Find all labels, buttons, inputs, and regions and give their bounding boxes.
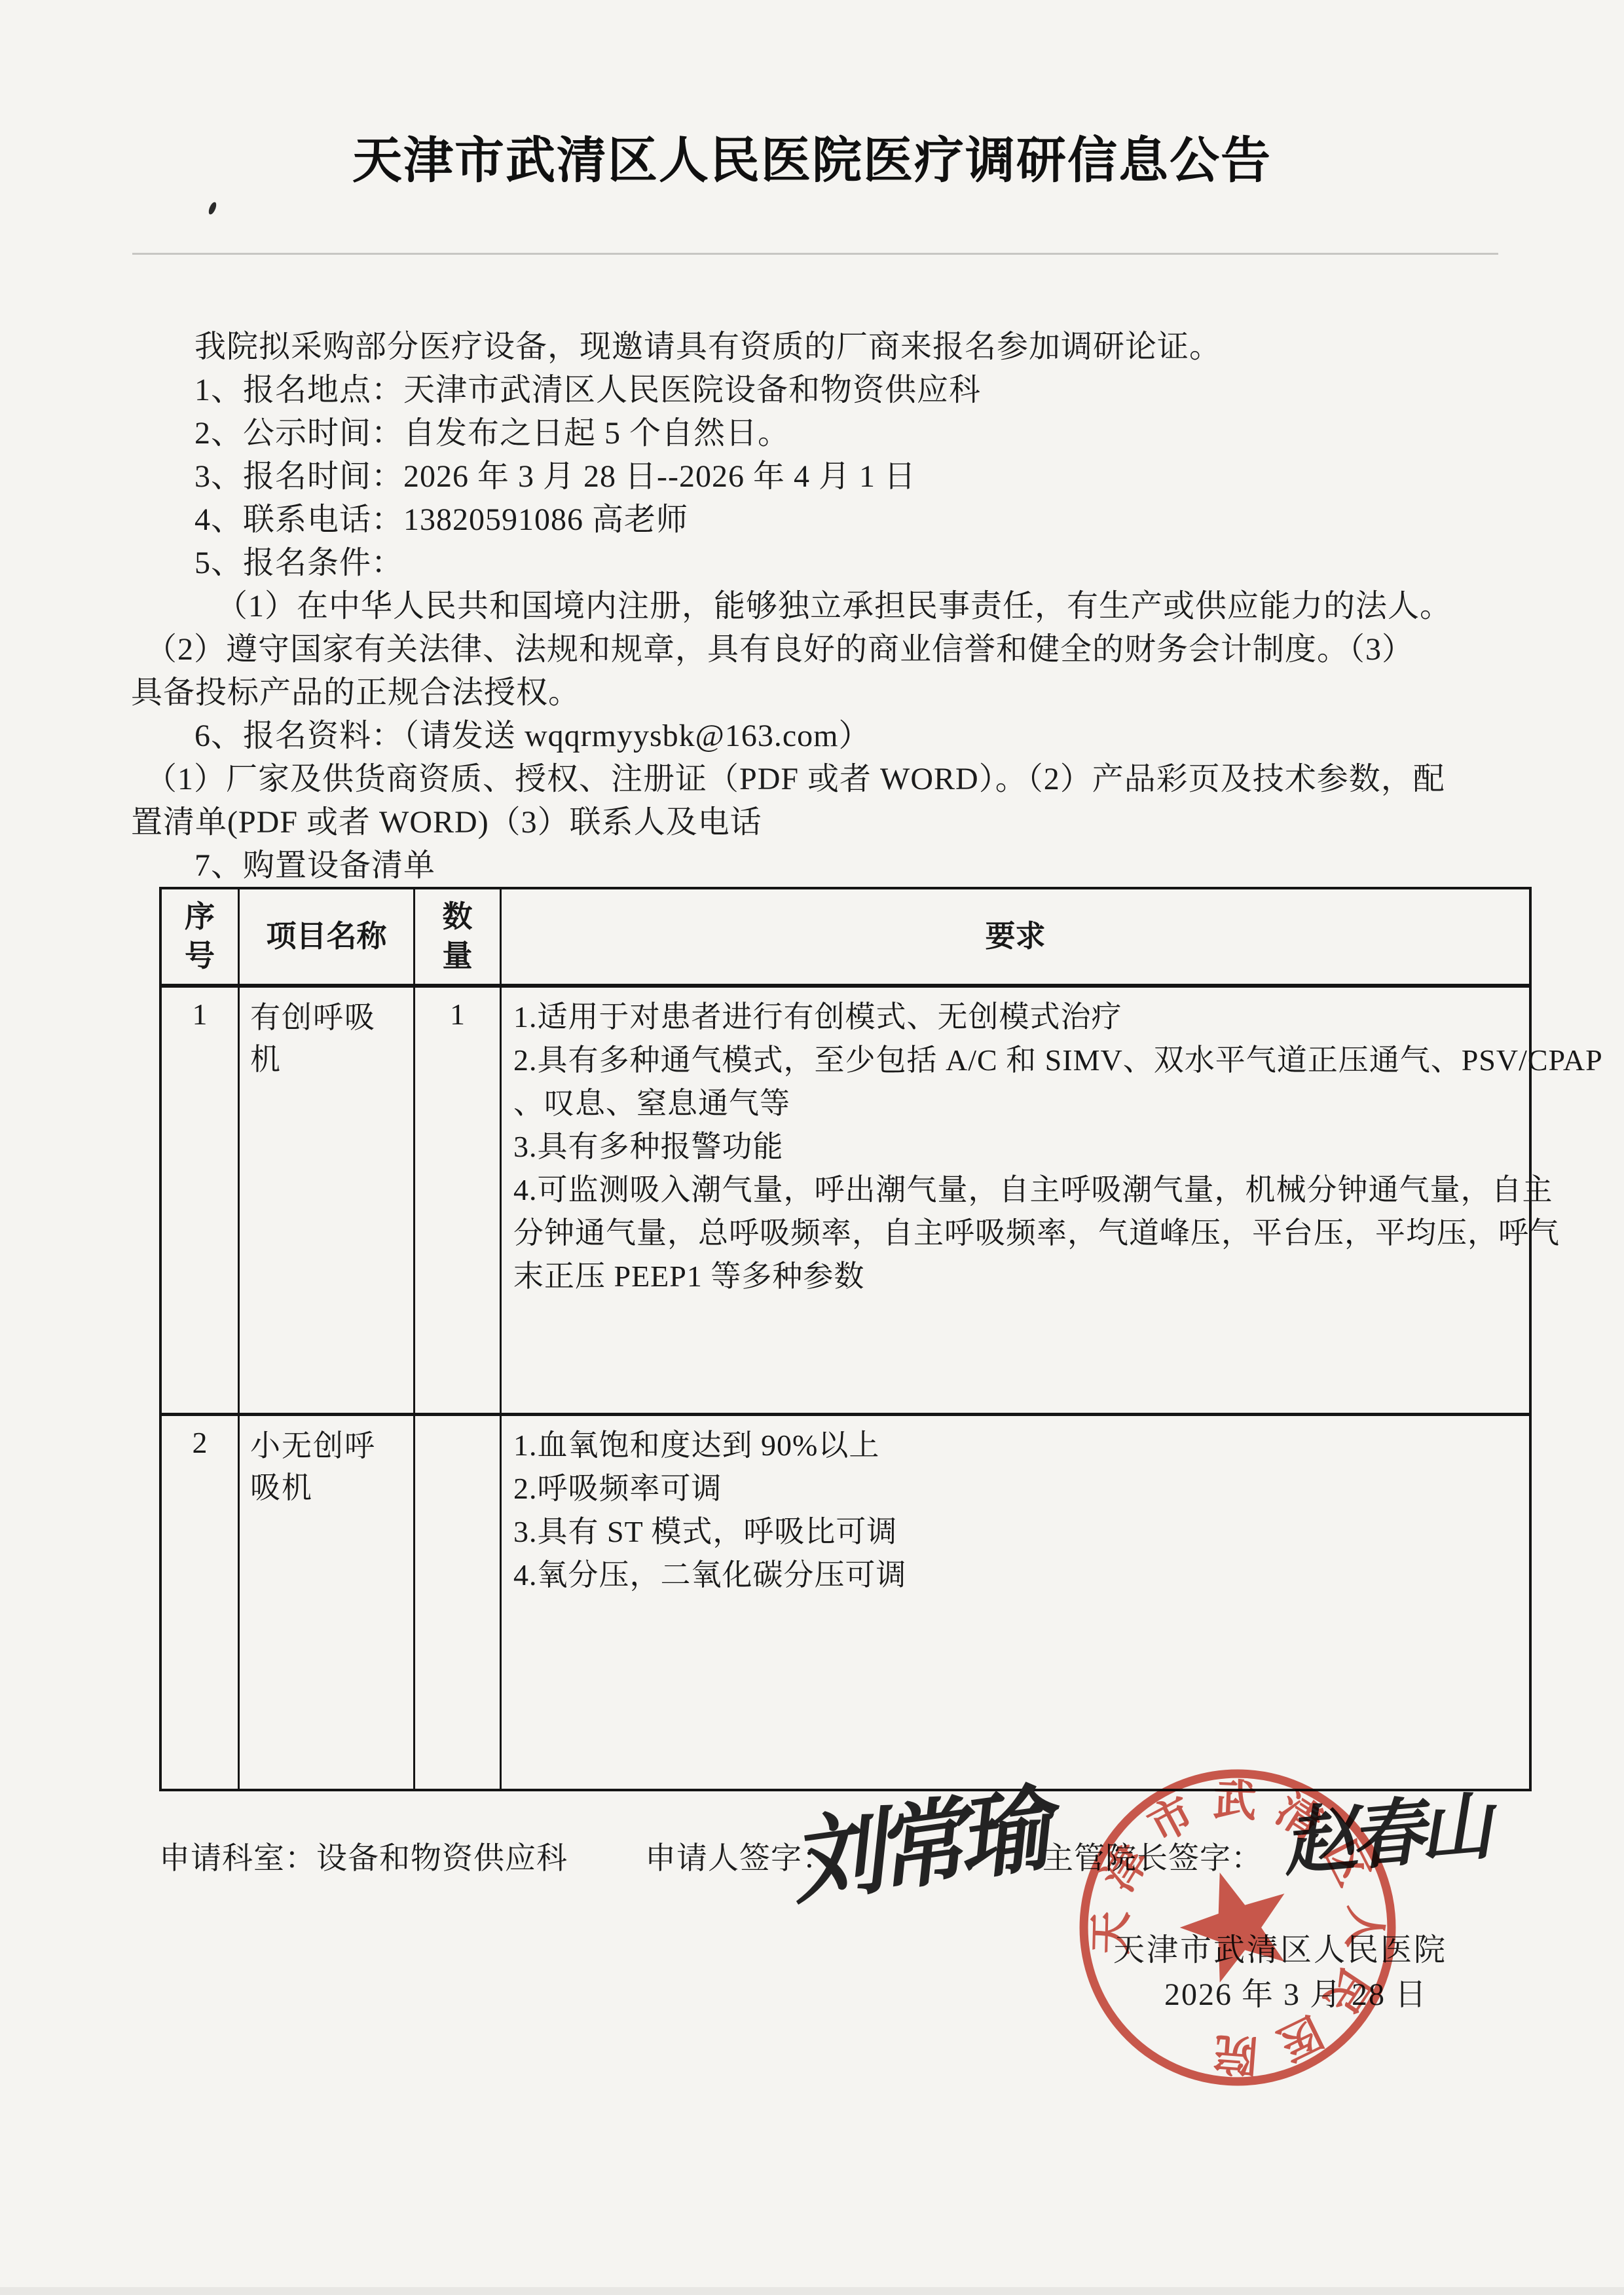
column-header: 要求 xyxy=(501,888,1531,986)
star-icon xyxy=(1168,1856,1304,1989)
body-line: 7、购置设备清单 xyxy=(194,848,435,884)
official-red-stamp: 天津市武清区人民医院 xyxy=(1069,1759,1406,2096)
column-header: 项目名称 xyxy=(239,888,415,986)
cell-quantity xyxy=(415,1414,501,1790)
requirement-line: 分钟通气量，总呼吸频率，自主呼吸频率，气道峰压，平台压，平均压，呼气 xyxy=(513,1212,1516,1255)
scanned-announcement-page: 天津市武清区人民医院医疗调研信息公告 我院拟采购部分医疗设备，现邀请具有资质的厂… xyxy=(0,0,1624,2295)
body-line: 3、报名时间：2026 年 3 月 28 日--2026 年 4 月 1 日 xyxy=(194,459,916,494)
table-row: 2小无创呼吸机1.血氧饱和度达到 90%以上2.呼吸频率可调3.具有 ST 模式… xyxy=(160,1414,1530,1790)
body-line: 4、联系电话：13820591086 高老师 xyxy=(194,502,688,538)
scan-edge-shadow xyxy=(0,2287,1624,2295)
table-row: 1有创呼吸机11.适用于对患者进行有创模式、无创模式治疗2.具有多种通气模式，至… xyxy=(160,986,1530,1414)
cell-requirements: 1.适用于对患者进行有创模式、无创模式治疗2.具有多种通气模式，至少包括 A/C… xyxy=(501,986,1531,1414)
body-line: （2）遵守国家有关法律、法规和规章，具有良好的商业信誉和健全的财务会计制度。（3… xyxy=(145,632,1414,667)
page-title: 天津市武清区人民医院医疗调研信息公告 xyxy=(0,121,1624,192)
column-header: 数 量 xyxy=(415,888,501,986)
body-line: （1）在中华人民共和国境内注册，能够独立承担民事责任，有生产或供应能力的法人。 xyxy=(216,589,1452,624)
equipment-table-header: 序 号项目名称数 量要求 xyxy=(160,888,1530,986)
body-line: 2、公示时间：自发布之日起 5 个自然日。 xyxy=(194,416,790,451)
requirement-line: 4.氧分压，二氧化碳分压可调 xyxy=(513,1554,1516,1597)
body-line: 5、报名条件： xyxy=(194,546,403,581)
requirement-line: 3.具有 ST 模式，呼吸比可调 xyxy=(513,1510,1516,1554)
cell-item-name: 有创呼吸机 xyxy=(239,986,415,1414)
divider-line xyxy=(132,253,1498,255)
body-line: 置清单(PDF 或者 WORD)（3）联系人及电话 xyxy=(131,805,762,840)
body-line: 1、报名地点：天津市武清区人民医院设备和物资供应科 xyxy=(194,373,981,408)
applicant-dept: 申请科室：设备和物资供应科 xyxy=(159,1834,568,1878)
column-header: 序 号 xyxy=(160,888,239,986)
equipment-table: 序 号项目名称数 量要求 1有创呼吸机11.适用于对患者进行有创模式、无创模式治… xyxy=(159,887,1532,1791)
requirement-line: 1.适用于对患者进行有创模式、无创模式治疗 xyxy=(513,996,1516,1039)
cell-serial-number: 2 xyxy=(160,1414,239,1790)
requirement-line: 1.血氧饱和度达到 90%以上 xyxy=(513,1424,1516,1467)
cell-item-name: 小无创呼吸机 xyxy=(239,1414,415,1790)
body-line: （1）厂家及供货商资质、授权、注册证（PDF 或者 WORD）。（2）产品彩页及… xyxy=(145,762,1445,797)
body-line: 我院拟采购部分医疗设备，现邀请具有资质的厂商来报名参加调研论证。 xyxy=(194,329,1221,365)
requirement-line: 4.可监测吸入潮气量，呼出潮气量，自主呼吸潮气量，机械分钟通气量，自主 xyxy=(513,1168,1516,1212)
ink-speck xyxy=(208,201,217,215)
requirement-line: 3.具有多种报警功能 xyxy=(513,1125,1516,1168)
requirement-line: 2.具有多种通气模式，至少包括 A/C 和 SIMV、双水平气道正压通气、PSV… xyxy=(513,1039,1516,1082)
cell-quantity: 1 xyxy=(415,986,501,1414)
body-line: 具备投标产品的正规合法授权。 xyxy=(131,675,580,711)
requirement-line: 2.呼吸频率可调 xyxy=(513,1467,1516,1510)
requirement-line: 末正压 PEEP1 等多种参数 xyxy=(513,1255,1516,1298)
body-line: 6、报名资料：（请发送 wqqrmyysbk@163.com） xyxy=(194,718,871,754)
requirement-line: 、叹息、窒息通气等 xyxy=(513,1082,1516,1125)
cell-requirements: 1.血氧饱和度达到 90%以上2.呼吸频率可调3.具有 ST 模式，呼吸比可调4… xyxy=(501,1414,1531,1790)
cell-serial-number: 1 xyxy=(160,986,239,1414)
